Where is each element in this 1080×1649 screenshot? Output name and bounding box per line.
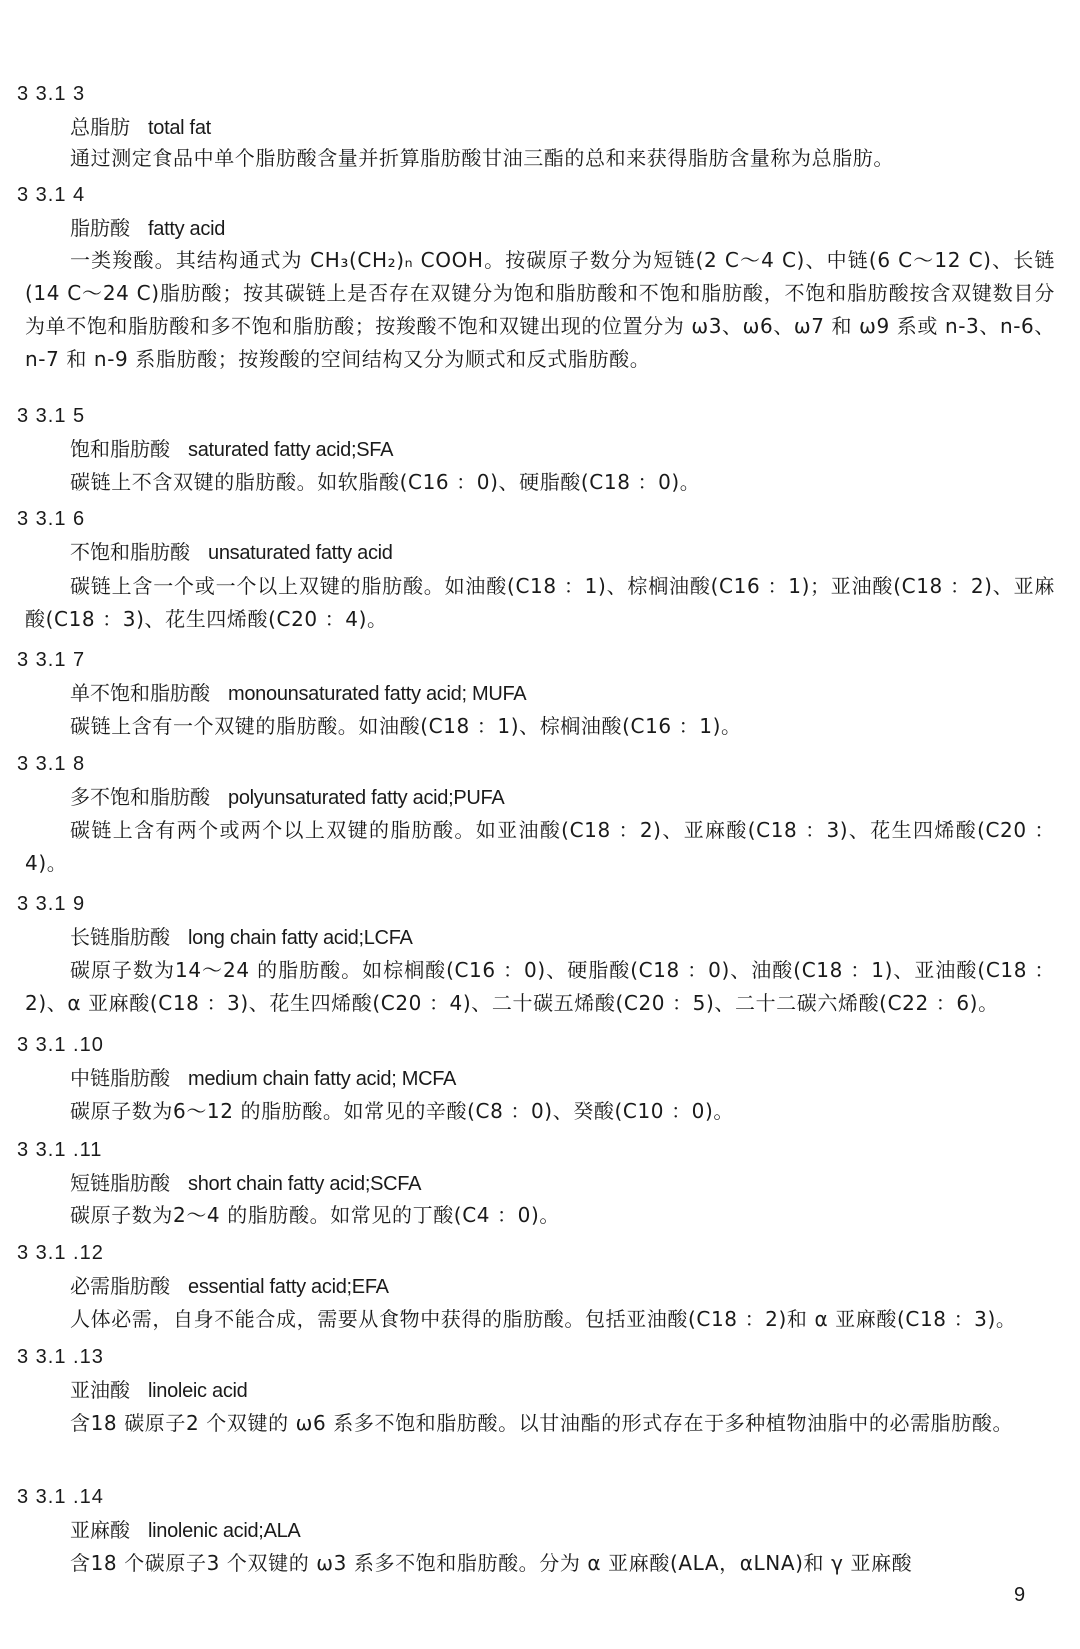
- definition-text: 含18 碳原子2 个双键的 ω6 系多不饱和脂肪酸。以甘油酯的形式存在于多种植物…: [25, 1407, 1055, 1440]
- term-english: monounsaturated fatty acid; MUFA: [228, 683, 526, 705]
- term-english: long chain fatty acid;LCFA: [188, 927, 413, 949]
- term-english: short chain fatty acid;SCFA: [188, 1173, 421, 1195]
- term-chinese: 饱和脂肪酸: [70, 437, 170, 461]
- term-chinese: 总脂肪: [70, 115, 130, 139]
- term-heading: 单不饱和脂肪酸monounsaturated fatty acid; MUFA: [70, 679, 526, 707]
- term-english: medium chain fatty acid; MCFA: [188, 1068, 456, 1090]
- term-english: linolenic acid;ALA: [148, 1520, 300, 1542]
- term-english: essential fatty acid;EFA: [188, 1276, 389, 1298]
- term-english: saturated fatty acid;SFA: [188, 439, 393, 461]
- term-heading: 亚麻酸linolenic acid;ALA: [70, 1516, 300, 1544]
- term-heading: 多不饱和脂肪酸polyunsaturated fatty acid;PUFA: [70, 783, 504, 811]
- term-chinese: 亚油酸: [70, 1378, 130, 1402]
- definition-text: 含18 个碳原子3 个双键的 ω3 系多不饱和脂肪酸。分为 α 亚麻酸(ALA，…: [25, 1547, 1055, 1580]
- clause-number: 3 3.1 .11: [17, 1136, 102, 1164]
- term-heading: 不饱和脂肪酸unsaturated fatty acid: [70, 538, 393, 566]
- term-chinese: 亚麻酸: [70, 1518, 130, 1542]
- clause-number: 3 3.1 8: [17, 750, 85, 778]
- clause-number: 3 3.1 7: [17, 646, 85, 674]
- document-page: 3 3.1 3 总脂肪total fat 通过测定食品中单个脂肪酸含量并折算脂肪…: [0, 0, 1080, 1649]
- definition-text: 碳链上不含双键的脂肪酸。如软脂酸(C16 ：0)、硬脂酸(C18 ：0)。: [25, 466, 1055, 499]
- term-chinese: 脂肪酸: [70, 216, 130, 240]
- term-chinese: 短链脂肪酸: [70, 1171, 170, 1195]
- term-heading: 中链脂肪酸medium chain fatty acid; MCFA: [70, 1064, 456, 1092]
- clause-number: 3 3.1 .13: [17, 1343, 104, 1371]
- term-heading: 长链脂肪酸long chain fatty acid;LCFA: [70, 923, 413, 951]
- clause-number: 3 3.1 .10: [17, 1031, 104, 1059]
- definition-text: 通过测定食品中单个脂肪酸含量并折算脂肪酸甘油三酯的总和来获得脂肪含量称为总脂肪。: [25, 142, 1055, 175]
- term-english: linoleic acid: [148, 1380, 248, 1402]
- definition-text: 碳原子数为14～24 的脂肪酸。如棕榈酸(C16 ：0)、硬脂酸(C18 ：0)…: [25, 954, 1055, 1020]
- clause-number: 3 3.1 4: [17, 181, 85, 209]
- definition-text: 人体必需，自身不能合成，需要从食物中获得的脂肪酸。包括亚油酸(C18 ：2)和 …: [25, 1303, 1055, 1336]
- clause-number: 3 3.1 6: [17, 505, 85, 533]
- clause-number: 3 3.1 9: [17, 890, 85, 918]
- definition-text: 碳链上含有两个或两个以上双键的脂肪酸。如亚油酸(C18 ：2)、亚麻酸(C18 …: [25, 814, 1055, 880]
- term-heading: 饱和脂肪酸saturated fatty acid;SFA: [70, 435, 393, 463]
- term-chinese: 不饱和脂肪酸: [70, 540, 190, 564]
- clause-number: 3 3.1 .12: [17, 1239, 104, 1267]
- term-chinese: 中链脂肪酸: [70, 1066, 170, 1090]
- clause-number: 3 3.1 3: [17, 80, 85, 108]
- term-english: total fat: [148, 117, 211, 139]
- clause-number: 3 3.1 5: [17, 402, 85, 430]
- term-chinese: 必需脂肪酸: [70, 1274, 170, 1298]
- definition-text: 碳原子数为2～4 的脂肪酸。如常见的丁酸(C4 ：0)。: [25, 1199, 1055, 1232]
- term-english: fatty acid: [148, 218, 225, 240]
- term-heading: 必需脂肪酸essential fatty acid;EFA: [70, 1272, 389, 1300]
- page-number: 9: [1014, 1584, 1025, 1607]
- term-chinese: 多不饱和脂肪酸: [70, 785, 210, 809]
- term-heading: 短链脂肪酸short chain fatty acid;SCFA: [70, 1169, 421, 1197]
- clause-number: 3 3.1 .14: [17, 1483, 104, 1511]
- term-chinese: 长链脂肪酸: [70, 925, 170, 949]
- term-chinese: 单不饱和脂肪酸: [70, 681, 210, 705]
- term-english: unsaturated fatty acid: [208, 542, 393, 564]
- definition-text: 碳链上含一个或一个以上双键的脂肪酸。如油酸(C18 ：1)、棕榈油酸(C16 ：…: [25, 570, 1055, 636]
- definition-text: 碳链上含有一个双键的脂肪酸。如油酸(C18 ：1)、棕榈油酸(C16 ：1)。: [25, 710, 1055, 743]
- term-english: polyunsaturated fatty acid;PUFA: [228, 787, 504, 809]
- definition-text: 一类羧酸。其结构通式为 CH₃(CH₂)ₙ COOH。按碳原子数分为短链(2 C…: [25, 244, 1055, 376]
- term-heading: 总脂肪total fat: [70, 113, 211, 141]
- term-heading: 脂肪酸fatty acid: [70, 214, 225, 242]
- term-heading: 亚油酸linoleic acid: [70, 1376, 248, 1404]
- definition-text: 碳原子数为6～12 的脂肪酸。如常见的辛酸(C8 ：0)、癸酸(C10 ：0)。: [25, 1095, 1055, 1128]
